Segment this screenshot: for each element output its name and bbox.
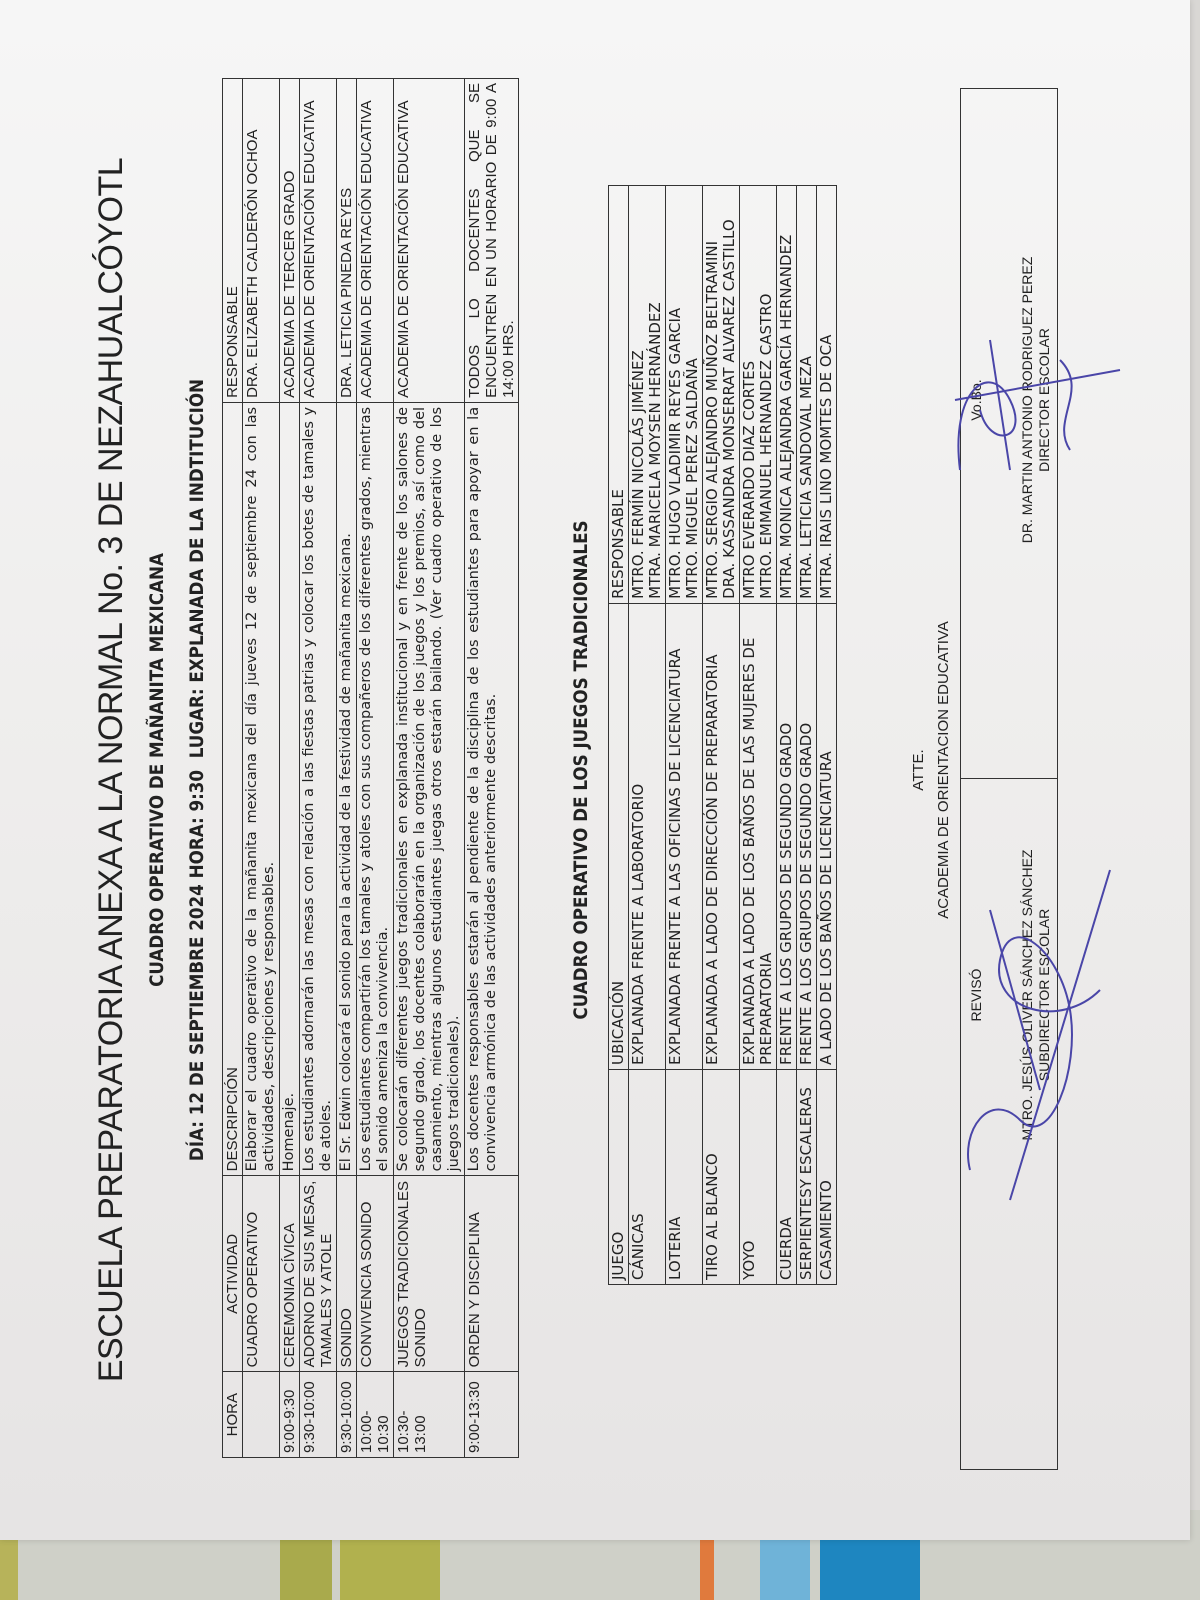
row-actividad: CONVIVENCIA SONIDO [357,1176,394,1372]
row-ubicacion: EXPLANADA FRENTE A LABORATORIO [629,603,666,1069]
games-row: TIRO AL BLANCOEXPLANADA A LADO DE DIRECC… [703,186,740,1285]
row-ubicacion: EXPLANADA A LADO DE DIRECCIÓN DE PREPARA… [703,603,740,1069]
row-descripcion: El Sr. Edwin colocará el sonido para la … [337,402,357,1175]
row-ubicacion: FRENTE A LOS GRUPOS DE SEGUNDO GRADO [777,603,797,1069]
signature-vobo: Vo.Bo. DR. MARTIN ANTONIO RODRIGUEZ PERE… [968,190,1053,610]
row-actividad: ORDEN Y DISCIPLINA [465,1176,519,1372]
row-hora [243,1372,280,1458]
row-hora: 9:30-10:00 [337,1372,357,1458]
row-descripcion: Los estudiantes compartirán los tamales … [357,402,394,1175]
row-descripcion: Se colocarán diferentes juegos tradicion… [394,402,465,1175]
col-ubicacion: UBICACIÓN [609,603,629,1069]
schedule-row: CUADRO OPERATIVOElaborar el cuadro opera… [243,79,280,1458]
row-juego: TIRO AL BLANCO [703,1069,740,1284]
col-responsable: RESPONSABLE [609,186,629,604]
games-row: SERPIENTESY ESCALERASFRENTE A LOS GRUPOS… [797,186,817,1285]
col-actividad: ACTIVIDAD [223,1176,243,1372]
row-hora: 9:00-9:30 [280,1372,300,1458]
col-hora: HORA [223,1372,243,1458]
row-juego: SERPIENTESY ESCALERAS [797,1069,817,1284]
col-descripcion: DESCRIPCIÓN [223,402,243,1175]
row-responsable: DRA. ELIZABETH CALDERÓN OCHOA [243,79,280,403]
row-responsable: MTRO EVERARDO DIAZ CORTES MTRO. EMMANUEL… [740,186,777,604]
row-responsable: MTRO. FERMÍN NICOLÁS JIMÉNEZ MTRA. MARIC… [629,186,666,604]
row-actividad: CEREMONIA CÍVICA [280,1176,300,1372]
games-row: CÁNICASEXPLANADA FRENTE A LABORATORIOMTR… [629,186,666,1285]
row-ubicacion: EXPLANADA FRENTE A LAS OFICINAS DE LICEN… [666,603,703,1069]
row-descripcion: Los docentes responsables estarán al pen… [465,402,519,1175]
row-descripcion: Homenaje. [280,402,300,1175]
row-ubicacion: FRENTE A LOS GRUPOS DE SEGUNDO GRADO [797,603,817,1069]
row-hora: 10:00-10:30 [357,1372,394,1458]
games-header-row: JUEGO UBICACIÓN RESPONSABLE [609,186,629,1285]
games-row: LOTERIAEXPLANADA FRENTE A LAS OFICINAS D… [666,186,703,1285]
schedule-row: 9:30-10:00SONIDOEl Sr. Edwin colocará el… [337,79,357,1458]
row-descripcion: Elaborar el cuadro operativo de la mañan… [243,402,280,1175]
school-title: ESCUELA PREPARATORIA ANEXA A LA NORMAL N… [92,0,131,1540]
schedule-header-row: HORA ACTIVIDAD DESCRIPCIÓN RESPONSABLE [223,79,243,1458]
row-hora: 9:30-10:00 [300,1372,337,1458]
games-row: CUERDAFRENTE A LOS GRUPOS DE SEGUNDO GRA… [777,186,797,1285]
row-hora: 10:30-13:00 [394,1372,465,1458]
row-actividad: JUEGOS TRADICIONALES SONIDO [394,1176,465,1372]
row-juego: LOTERIA [666,1069,703,1284]
row-responsable: DRA. LETICIA PINEDA REYES [337,79,357,403]
row-responsable: MTRA. LETICIA SANDOVAL MEZA [797,186,817,604]
schedule-row: 9:00-9:30CEREMONIA CÍVICAHomenaje.ACADEM… [280,79,300,1458]
row-responsable: MTRA. IRAIS LINO MOMTES DE OCA [817,186,837,604]
signature-role: DIRECTOR ESCOLAR [1036,190,1053,610]
games-table: JUEGO UBICACIÓN RESPONSABLE CÁNICASEXPLA… [608,185,837,1285]
col-responsable: RESPONSABLE [223,79,243,403]
row-ubicacion: EXPLANADA A LADO DE LOS BAÑOS DE LAS MUJ… [740,603,777,1069]
signature-role: SUBDIRECTOR ESCOLAR [1036,830,1053,1160]
signature-name: DR. MARTIN ANTONIO RODRIGUEZ PEREZ [1019,190,1036,610]
row-juego: CASAMIENTO [817,1069,837,1284]
row-hora: 9:00-13:30 [465,1372,519,1458]
row-responsable: TODOS LO DOCENTES QUE SE ENCUENTREN EN U… [465,79,519,403]
signature-divider [961,778,1057,779]
games-row: YOYOEXPLANADA A LADO DE LOS BAÑOS DE LAS… [740,186,777,1285]
row-responsable: ACADEMIA DE ORIENTACIÓN EDUCATIVA [357,79,394,403]
document-sheet: ESCUELA PREPARATORIA ANEXA A LA NORMAL N… [0,0,1190,1540]
signature-name: MTRO. JESÚS OLIVER SÁNCHEZ SÁNCHEZ [1019,830,1036,1160]
schedule-row: 9:30-10:00ADORNO DE SUS MESAS, TAMALES Y… [300,79,337,1458]
col-juego: JUEGO [609,1069,629,1284]
row-descripcion: Los estudiantes adornarán las mesas con … [300,402,337,1175]
row-actividad: ADORNO DE SUS MESAS, TAMALES Y ATOLE [300,1176,337,1372]
row-responsable: MTRO. SERGIO ALEJANDRO MUÑOZ BELTRAMINI … [703,186,740,604]
signature-reviso: REVISÓ MTRO. JESÚS OLIVER SÁNCHEZ SÁNCHE… [968,830,1053,1160]
row-responsable: MTRO. HUGO VLADIMIR REYES GARCIA MTRO. M… [666,186,703,604]
schedule-row: 9:00-13:30ORDEN Y DISCIPLINALos docentes… [465,79,519,1458]
row-actividad: SONIDO [337,1176,357,1372]
event-details: DÍA: 12 DE SEPTIEMBRE 2024 HORA: 9:30 LU… [186,92,208,1447]
row-juego: CÁNICAS [629,1069,666,1284]
schedule-table: HORA ACTIVIDAD DESCRIPCIÓN RESPONSABLE C… [222,78,519,1458]
games-row: CASAMIENTOA LADO DE LOS BAÑOS DE LICENCI… [817,186,837,1285]
schedule-row: 10:30-13:00JUEGOS TRADICIONALES SONIDOSe… [394,79,465,1458]
row-responsable: ACADEMIA DE ORIENTACIÓN EDUCATIVA [300,79,337,403]
row-juego: CUERDA [777,1069,797,1284]
row-responsable: ACADEMIA DE TERCER GRADO [280,79,300,403]
row-responsable: MTRA. MONICA ALEJANDRA GARCÍA HERNANDEZ [777,186,797,604]
signature-label: Vo.Bo. [968,190,985,610]
schedule-row: 10:00-10:30CONVIVENCIA SONIDOLos estudia… [357,79,394,1458]
signed-by: ACADEMIA DE ORIENTACION EDUCATIVA [935,0,952,1540]
row-juego: YOYO [740,1069,777,1284]
signature-label: REVISÓ [968,830,985,1160]
closing: ATTE. [910,0,927,1540]
document-subtitle: CUADRO OPERATIVO DE MAÑANITA MEXICANA [146,92,168,1447]
games-title: CUADRO OPERATIVO DE LOS JUEGOS TRADICION… [570,92,592,1447]
row-responsable: ACADEMIA DE ORIENTACIÓN EDUCATIVA [394,79,465,403]
row-actividad: CUADRO OPERATIVO [243,1176,280,1372]
row-ubicacion: A LADO DE LOS BAÑOS DE LICENCIATURA [817,603,837,1069]
